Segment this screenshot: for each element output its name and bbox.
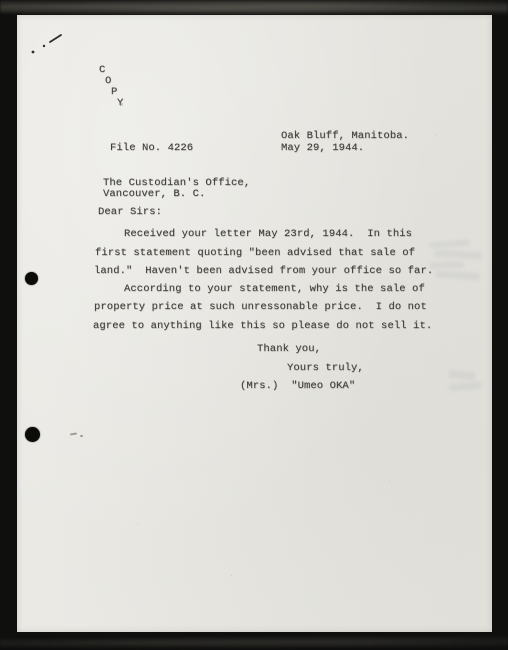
- signature-line: (Mrs.) "Umeo OKA": [240, 381, 355, 392]
- bleed-through-mark: [449, 367, 489, 394]
- valediction-line: Yours truly,: [287, 363, 364, 374]
- body-line: agree to anything like this so please do…: [93, 321, 432, 332]
- file-number: File No. 4226: [110, 143, 193, 154]
- thanks-line: Thank you,: [257, 344, 321, 355]
- paper-specks: [17, 15, 18, 16]
- body-line: property price at such unressonable pric…: [94, 302, 427, 313]
- bleed-through-mark: [430, 237, 482, 283]
- body-line: first statement quoting "been advised th…: [95, 248, 415, 259]
- pencil-mark: [70, 433, 77, 436]
- hole-punch-bottom: [25, 427, 40, 442]
- body-line: Received your letter May 23rd, 1944. In …: [124, 229, 412, 240]
- letter-page: C O P Y File No. 4226 Oak Bluff, Manitob…: [17, 15, 492, 632]
- pencil-mark: [80, 435, 83, 437]
- body-line: According to your statement, why is the …: [124, 284, 425, 295]
- scanned-letter-background: C O P Y File No. 4226 Oak Bluff, Manitob…: [0, 0, 508, 650]
- recipient-line-2: Vancouver, B. C.: [103, 189, 205, 200]
- hole-punch-top: [25, 272, 38, 285]
- body-line: land." Haven't been advised from your of…: [94, 266, 433, 277]
- salutation: Dear Sirs:: [98, 207, 162, 218]
- pen-mark: [27, 29, 71, 59]
- copy-letter-y: Y: [117, 97, 123, 109]
- date-line: May 29, 1944.: [281, 143, 364, 154]
- place-line: Oak Bluff, Manitoba.: [281, 131, 409, 142]
